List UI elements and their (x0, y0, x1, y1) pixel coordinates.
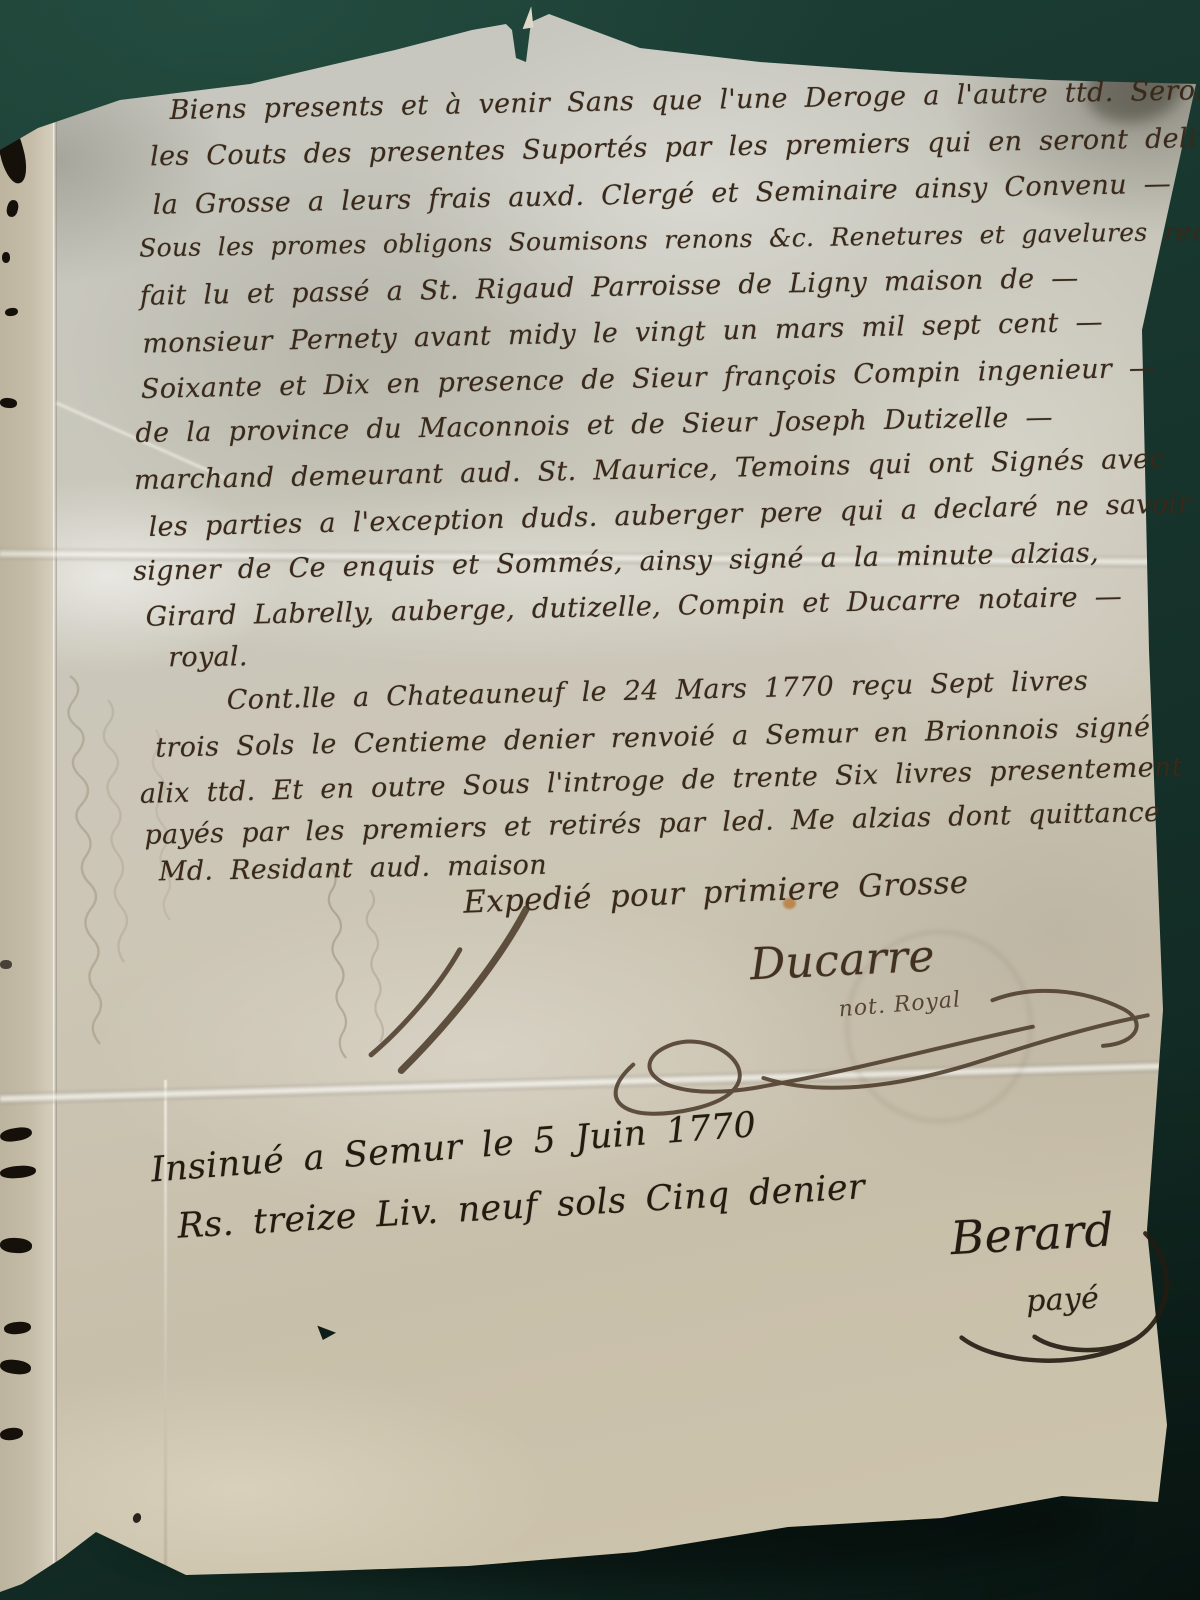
controle-line: Md. Residant aud. maison (159, 850, 548, 888)
pen-slashes (341, 901, 553, 1089)
manuscript-line: monsieur Pernety avant midy le vingt un … (142, 307, 1103, 360)
manuscript-line: la Grosse a leurs frais auxd. Clergé et … (152, 169, 1171, 221)
manuscript-line: signer de Ce enquis et Sommés, ainsy sig… (133, 538, 1099, 588)
manuscript-photo: Biens presents et à venir Sans que l'une… (0, 0, 1200, 1600)
manuscript-line: Biens presents et à venir Sans que l'une… (169, 74, 1200, 126)
controle-line: Cont.lle a Chateauneuf le 24 Mars 1770 r… (226, 666, 1088, 717)
paid-note: payé (1025, 1281, 1100, 1319)
manuscript-line: royal. (168, 641, 248, 673)
manuscript-line: marchand demeurant aud. St. Maurice, Tem… (134, 444, 1165, 497)
manuscript-line: les Couts des presentes Suportés par les… (150, 122, 1200, 172)
manuscript-line: Sous les promes obligons Soumisons renon… (139, 216, 1200, 263)
manuscript-line: de la province du Maconnois et de Sieur … (135, 402, 1053, 449)
manuscript-line: Girard Labrelly, auberge, dutizelle, Com… (145, 581, 1122, 632)
manuscript-line: Soixante et Dix en presence de Sieur fra… (141, 353, 1157, 405)
notary-paraph-flourish (562, 963, 1164, 1130)
manuscript-line: les parties a l'exception duds. auberger… (148, 488, 1191, 543)
handwritten-text-layer: Biens presents et à venir Sans que l'une… (0, 0, 1200, 1600)
manuscript-line: fait lu et passé a St. Rigaud Parroisse … (140, 263, 1079, 312)
